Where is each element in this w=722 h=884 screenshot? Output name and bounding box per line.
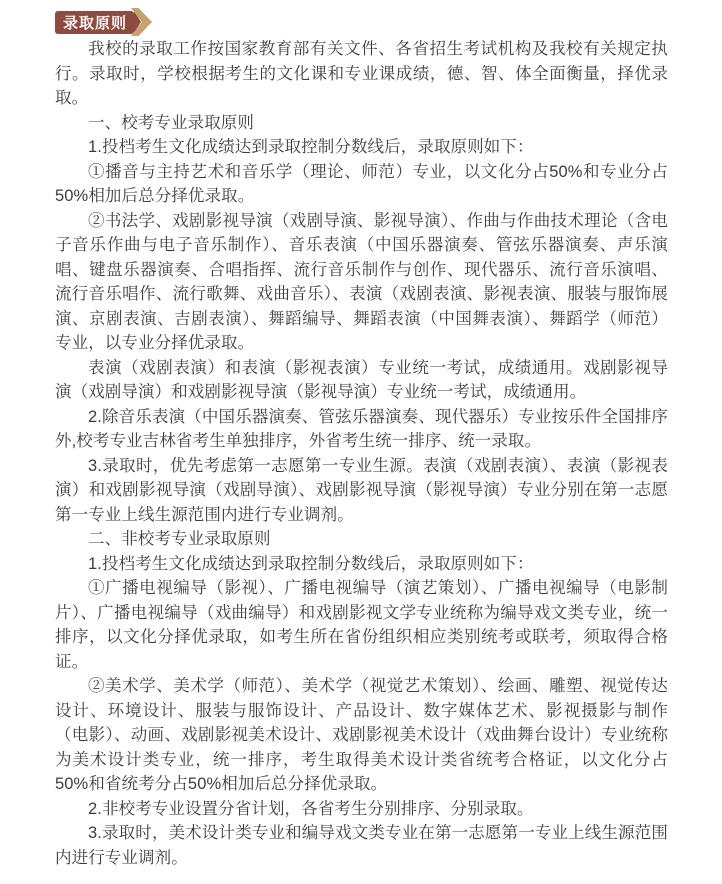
paragraph: 3.录取时，优先考虑第一志愿第一专业生源。表演（戏剧表演）、表演（影视表演）和戏… xyxy=(55,454,668,528)
paragraph: ②书法学、戏剧影视导演（戏剧导演、影视导演）、作曲与作曲技术理论（含电子音乐作曲… xyxy=(55,209,668,356)
paragraph: ①广播电视编导（影视）、广播电视编导（演艺策划）、广播电视编导（电影制片）、广播… xyxy=(55,576,668,674)
paragraph: 一、校考专业录取原则 xyxy=(55,111,668,136)
paragraph: 2.除音乐表演（中国乐器演奏、管弦乐器演奏、现代器乐）专业按乐件全国排序外,校考… xyxy=(55,405,668,454)
paragraph: 1.投档考生文化成绩达到录取控制分数线后，录取原则如下： xyxy=(55,552,668,577)
section-header: 录取原则 xyxy=(55,8,668,36)
admissions-document-page: 录取原则 我校的录取工作按国家教育部有关文件、各省招生考试机构及我校有关规定执行… xyxy=(0,0,722,884)
document-body: 我校的录取工作按国家教育部有关文件、各省招生考试机构及我校有关规定执行。录取时，… xyxy=(55,37,668,870)
section-title: 录取原则 xyxy=(63,12,127,33)
paragraph: 2.非校考专业设置分省计划，各省考生分别排序、分别录取。 xyxy=(55,797,668,822)
paragraph: ②美术学、美术学（师范）、美术学（视觉艺术策划）、绘画、雕塑、视觉传达设计、环境… xyxy=(55,674,668,797)
paragraph: ①播音与主持艺术和音乐学（理论、师范）专业，以文化分占50%和专业分占50%相加… xyxy=(55,160,668,209)
paragraph: 我校的录取工作按国家教育部有关文件、各省招生考试机构及我校有关规定执行。录取时，… xyxy=(55,37,668,111)
paragraph: 1.投档考生文化成绩达到录取控制分数线后，录取原则如下： xyxy=(55,135,668,160)
section-title-badge: 录取原则 xyxy=(55,11,134,34)
paragraph: 3.录取时，美术设计类专业和编导戏文类专业在第一志愿第一专业上线生源范围内进行专… xyxy=(55,821,668,870)
paragraph: 二、非校考专业录取原则 xyxy=(55,527,668,552)
paragraph: 表演（戏剧表演）和表演（影视表演）专业统一考试，成绩通用。戏剧影视导演（戏剧导演… xyxy=(55,356,668,405)
